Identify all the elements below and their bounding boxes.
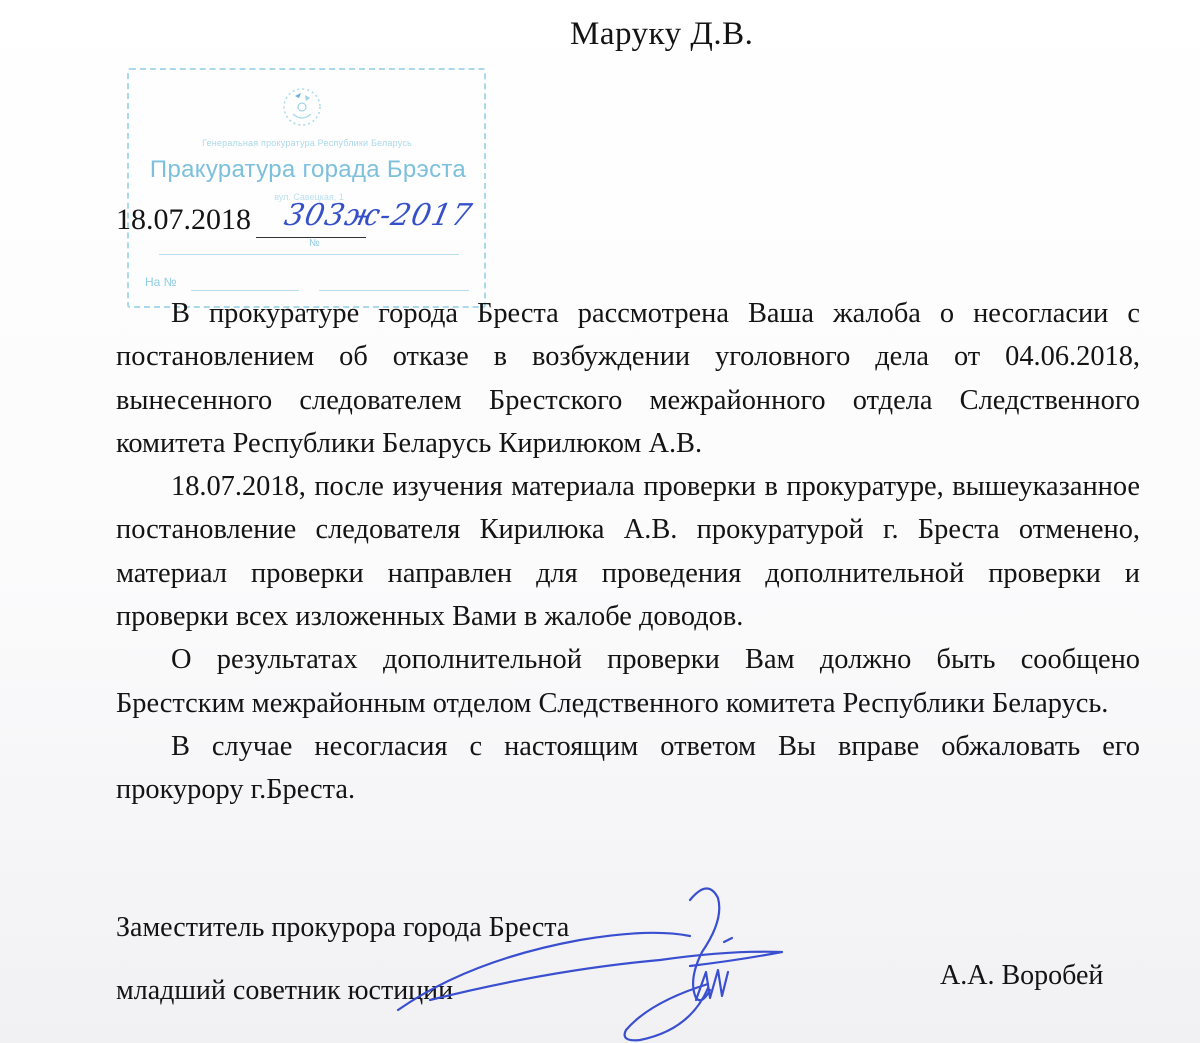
stamp-header-text: Генеральная прокуратура Республики Белар… — [137, 138, 477, 148]
stamp-field-line — [159, 254, 459, 255]
paragraph: В случае несогласия с настоящим ответом … — [116, 725, 1140, 812]
stamp-organization: Пракуратура горада Брэста — [143, 156, 473, 184]
stamp-date-line — [319, 290, 469, 291]
registration-stamp: Генеральная прокуратура Республики Белар… — [127, 68, 486, 308]
letter-body: В прокуратуре города Бреста рассмотрена … — [116, 292, 1140, 812]
stamp-number-label: № — [309, 238, 320, 249]
date-underline — [256, 237, 366, 238]
handwritten-signature-icon — [390, 880, 790, 1043]
paragraph: О результатах дополнительной проверки Ва… — [116, 638, 1140, 725]
stamp-reference-label: На № — [145, 275, 177, 289]
stamp-reference-line — [191, 290, 299, 291]
signer-name: А.А. Воробей — [940, 960, 1103, 992]
state-emblem-icon — [279, 84, 325, 130]
paragraph: 18.07.2018, после изучения материала про… — [116, 465, 1140, 638]
paragraph: В прокуратуре города Бреста рассмотрена … — [116, 292, 1140, 465]
registration-number: 303ж-2017 — [281, 198, 475, 233]
addressee: Маруку Д.В. — [570, 16, 753, 53]
document-date: 18.07.2018 — [116, 203, 251, 237]
